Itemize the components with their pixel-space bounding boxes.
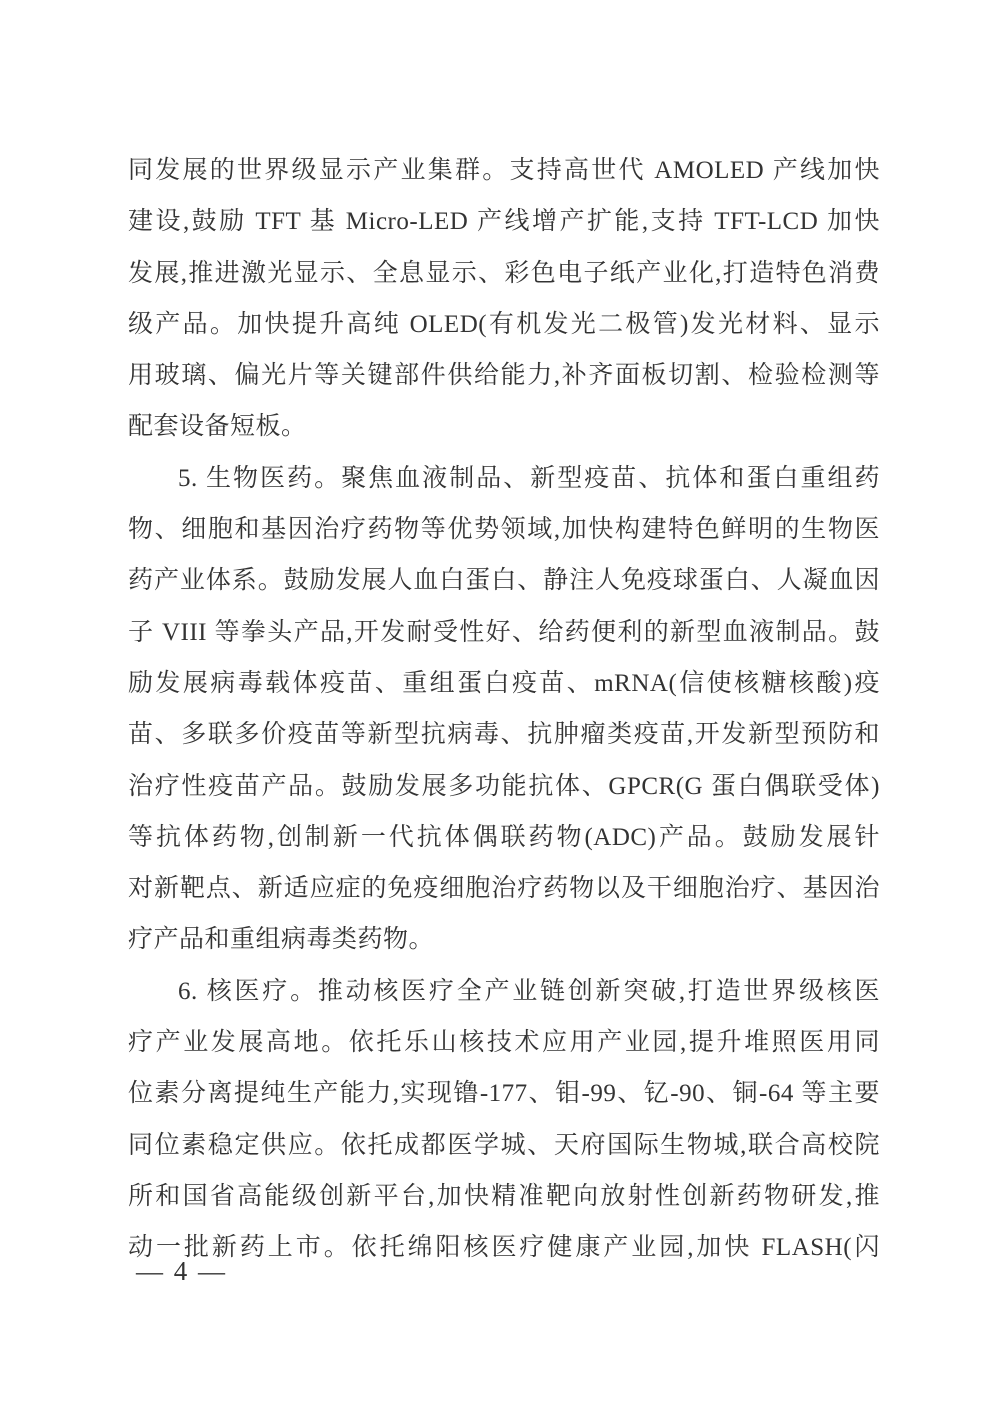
- text-line: 级产品。加快提升高纯 OLED(有机发光二极管)发光材料、显示: [128, 299, 880, 350]
- page-number: — 4 —: [136, 1254, 227, 1288]
- text-line: 用玻璃、偏光片等关键部件供给能力,补齐面板切割、检验检测等: [128, 350, 880, 401]
- text-line: 所和国省高能级创新平台,加快精准靶向放射性创新药物研发,推: [128, 1171, 880, 1222]
- text-line: 励发展病毒载体疫苗、重组蛋白疫苗、mRNA(信使核糖核酸)疫: [128, 658, 880, 709]
- text-line: 5. 生物医药。聚焦血液制品、新型疫苗、抗体和蛋白重组药: [128, 453, 880, 504]
- document-page: 同发展的世界级显示产业集群。支持高世代 AMOLED 产线加快建设,鼓励 TFT…: [0, 0, 1000, 1414]
- text-line: 疗产品和重组病毒类药物。: [128, 914, 880, 965]
- text-line: 药产业体系。鼓励发展人血白蛋白、静注人免疫球蛋白、人凝血因: [128, 555, 880, 606]
- text-line: 子 VIII 等拳头产品,开发耐受性好、给药便利的新型血液制品。鼓: [128, 607, 880, 658]
- text-line: 苗、多联多价疫苗等新型抗病毒、抗肿瘤类疫苗,开发新型预防和: [128, 709, 880, 760]
- document-body: 同发展的世界级显示产业集群。支持高世代 AMOLED 产线加快建设,鼓励 TFT…: [128, 145, 880, 1274]
- text-line: 发展,推进激光显示、全息显示、彩色电子纸产业化,打造特色消费: [128, 248, 880, 299]
- text-line: 同位素稳定供应。依托成都医学城、天府国际生物城,联合高校院: [128, 1120, 880, 1171]
- text-line: 位素分离提纯生产能力,实现镥-177、钼-99、钇-90、铜-64 等主要: [128, 1068, 880, 1119]
- text-line: 物、细胞和基因治疗药物等优势领域,加快构建特色鲜明的生物医: [128, 504, 880, 555]
- text-line: 疗产业发展高地。依托乐山核技术应用产业园,提升堆照医用同: [128, 1017, 880, 1068]
- text-line: 对新靶点、新适应症的免疫细胞治疗药物以及干细胞治疗、基因治: [128, 863, 880, 914]
- text-line: 建设,鼓励 TFT 基 Micro-LED 产线增产扩能,支持 TFT-LCD …: [128, 196, 880, 247]
- text-line: 6. 核医疗。推动核医疗全产业链创新突破,打造世界级核医: [128, 966, 880, 1017]
- text-line: 同发展的世界级显示产业集群。支持高世代 AMOLED 产线加快: [128, 145, 880, 196]
- text-line: 配套设备短板。: [128, 401, 880, 452]
- text-line: 动一批新药上市。依托绵阳核医疗健康产业园,加快 FLASH(闪: [128, 1222, 880, 1273]
- text-line: 等抗体药物,创制新一代抗体偶联药物(ADC)产品。鼓励发展针: [128, 812, 880, 863]
- text-line: 治疗性疫苗产品。鼓励发展多功能抗体、GPCR(G 蛋白偶联受体): [128, 761, 880, 812]
